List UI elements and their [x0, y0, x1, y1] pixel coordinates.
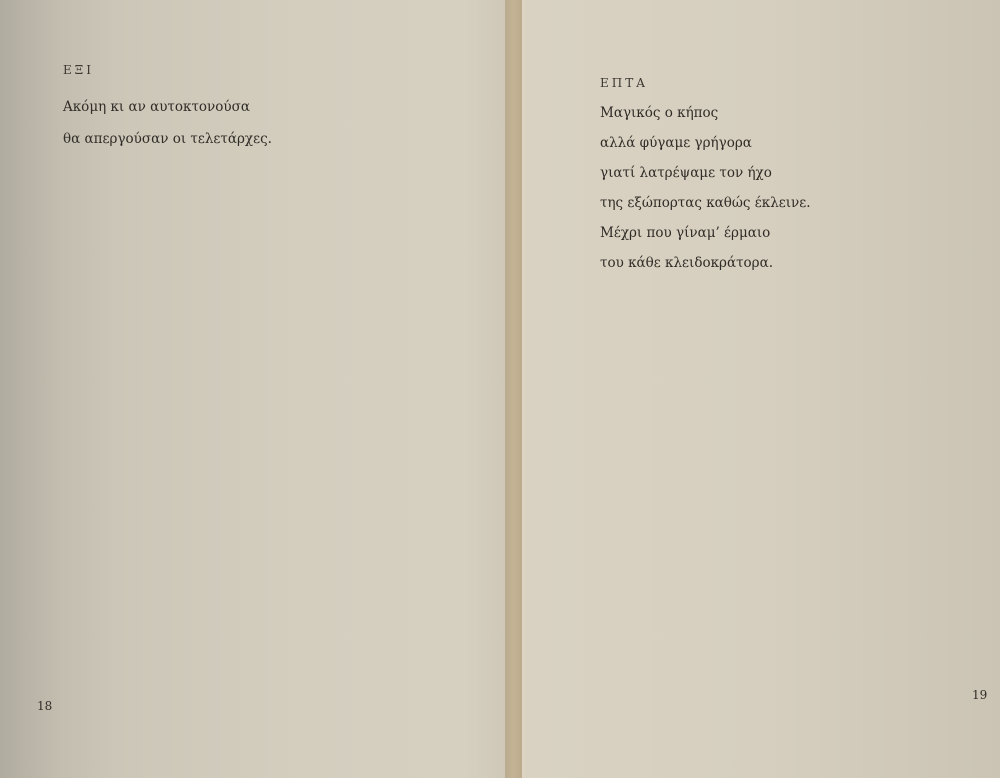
left-page: ΕΞΙ Ακόμη κι αν αυτοκτονούσα θα απεργούσ… [0, 0, 505, 778]
page-number: 18 [37, 699, 52, 713]
poem-line: της εξώπορτας καθώς έκλεινε. [600, 195, 811, 211]
right-page: ΕΠΤΑ Μαγικός ο κήπος αλλά φύγαμε γρήγορα… [525, 0, 1000, 778]
poem-line: Μαγικός ο κήπος [600, 105, 718, 121]
poem-line: Ακόμη κι αν αυτοκτονούσα [63, 99, 250, 115]
poem-title: ΕΞΙ [63, 63, 94, 77]
page-number: 19 [972, 688, 987, 702]
poem-line: του κάθε κλειδοκράτορα. [600, 255, 773, 271]
poem-line: αλλά φύγαμε γρήγορα [600, 135, 752, 151]
poem-line: Μέχρι που γίναμ’ έρμαιο [600, 225, 770, 241]
poem-title: ΕΠΤΑ [600, 76, 648, 90]
poem-line: θα απεργούσαν οι τελετάρχες. [63, 131, 272, 147]
poem-line: γιατί λατρέψαμε τον ήχο [600, 165, 772, 181]
